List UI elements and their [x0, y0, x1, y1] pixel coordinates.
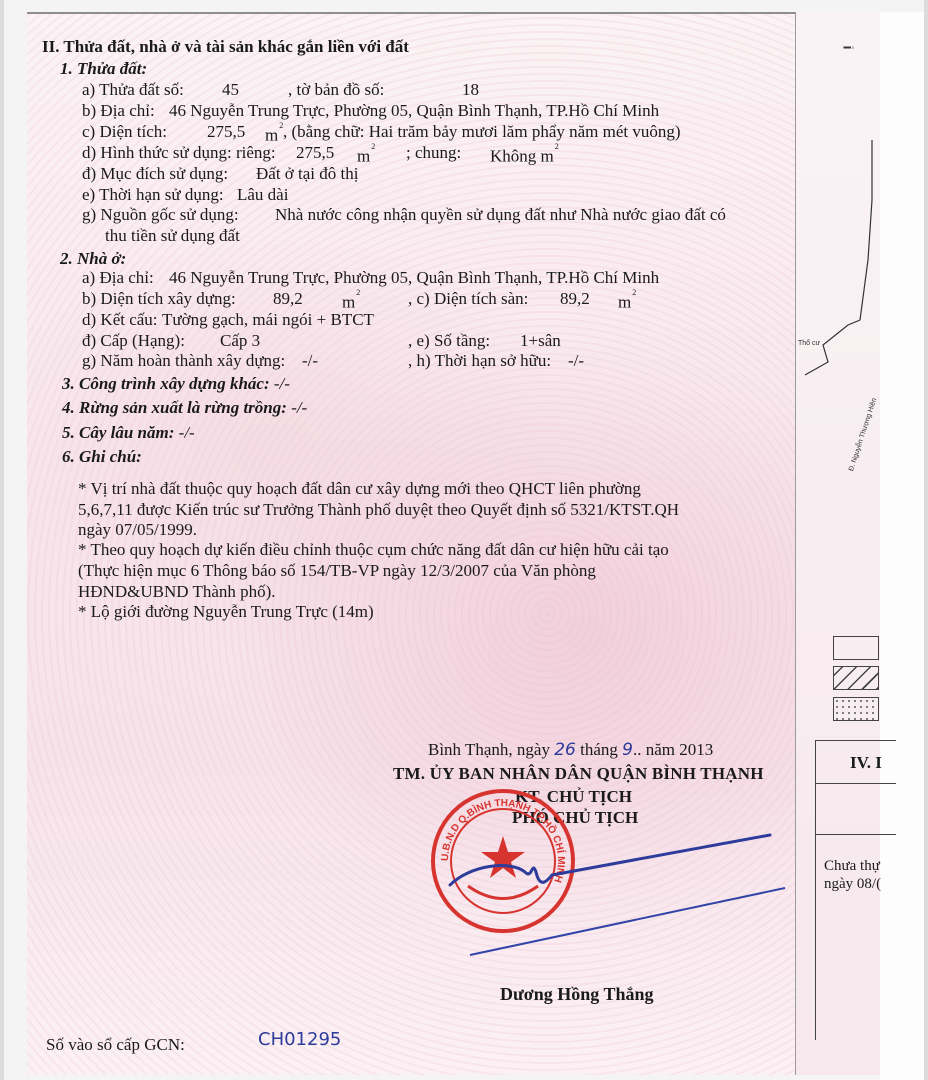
- notes-heading: 6. Ghi chú:: [62, 447, 142, 467]
- built-area-value: 89,2: [273, 289, 303, 309]
- grade-value: Cấp 3: [220, 331, 260, 351]
- purpose-label: đ) Mục đích sử dụng:: [82, 164, 228, 184]
- section-iv-text-2: ngày 08/(: [824, 876, 881, 893]
- legend-hatched-box: [833, 666, 879, 690]
- house-address-label: a) Địa chỉ:: [82, 268, 154, 288]
- floor-area-value: 89,2: [560, 289, 590, 309]
- month-handwritten: 9: [622, 740, 633, 760]
- section-iv-box: IV. I Chưa thự ngày 08/(: [815, 740, 896, 1040]
- grade-label: đ) Cấp (Hạng):: [82, 331, 185, 351]
- other-item-construction: 3. Công trình xây dựng khác: -/-: [62, 374, 290, 394]
- usage-private-value: 275,5: [296, 143, 334, 163]
- area-in-words: , (bằng chữ: Hai trăm bảy mươi lăm phẩy …: [283, 122, 681, 142]
- origin-label: g) Nguồn gốc sử dụng:: [82, 205, 239, 225]
- floors-label: , e) Số tầng:: [408, 331, 490, 351]
- note-line: ngày 07/05/1999.: [78, 520, 197, 540]
- note-line: * Lộ giới đường Nguyễn Trung Trực (14m): [78, 602, 374, 622]
- viewer-right-edge: [924, 0, 928, 1080]
- floors-value: 1+sân: [520, 331, 561, 351]
- land-address: 46 Nguyễn Trung Trực, Phường 05, Quận Bì…: [169, 101, 659, 121]
- signer-name: Dương Hồng Thắng: [500, 984, 654, 1004]
- built-area-label: b) Diện tích xây dựng:: [82, 289, 236, 309]
- neighbor-label: Thổ cư: [798, 340, 820, 347]
- legend-plain-box: [833, 636, 879, 660]
- note-line: * Theo quy hoạch dự kiến điều chỉnh thuộ…: [78, 540, 669, 560]
- area-label: c) Diện tích:: [82, 122, 167, 142]
- usage-form-label: d) Hình thức sử dụng: riêng:: [82, 143, 276, 163]
- ownership-term-value: -/-: [568, 351, 584, 371]
- place-date: Bình Thạnh, ngày 26 tháng 9.. năm 2013: [428, 740, 713, 760]
- house-address: 46 Nguyễn Trung Trực, Phường 05, Quận Bì…: [169, 268, 659, 288]
- section-title: II. Thửa đất, nhà ở và tài sản khác gắn …: [42, 37, 409, 57]
- term-label: e) Thời hạn sử dụng:: [82, 185, 224, 205]
- usage-private-unit: m2: [357, 143, 375, 167]
- corner-mark: ▪▪▪▪ ◦: [843, 43, 853, 52]
- structure-value: Tường gạch, mái ngói + BTCT: [162, 310, 374, 330]
- section-iv-text-1: Chưa thự: [824, 858, 880, 875]
- origin-value-line2: thu tiền sử dụng đất: [105, 226, 240, 246]
- viewer-left-edge: [0, 0, 4, 1080]
- structure-label: d) Kết cấu:: [82, 310, 158, 330]
- authority-title: TM. ỦY BAN NHÂN DÂN QUẬN BÌNH THẠNH: [393, 764, 764, 784]
- land-heading: 1. Thửa đất:: [60, 59, 147, 79]
- note-line: 5,6,7,11 được Kiến trúc sư Trưởng Thành …: [78, 500, 679, 520]
- registry-value: CH01295: [258, 1030, 341, 1050]
- section-iv-title: IV. I: [850, 753, 882, 773]
- floor-area-unit: m2: [618, 289, 636, 313]
- origin-value-line1: Nhà nước công nhận quyền sử dụng đất như…: [275, 205, 726, 225]
- land-address-label: b) Địa chỉ:: [82, 101, 155, 121]
- completion-year-label: g) Năm hoàn thành xây dựng:: [82, 351, 285, 371]
- other-item-forest: 4. Rừng sản xuất là rừng trồng: -/-: [62, 398, 307, 418]
- note-line: * Vị trí nhà đất thuộc quy hoạch đất dân…: [78, 479, 641, 499]
- ownership-term-label: , h) Thời hạn sở hữu:: [408, 351, 551, 371]
- area-value: 275,5: [207, 122, 245, 142]
- other-item-perennial-trees: 5. Cây lâu năm: -/-: [62, 423, 195, 443]
- registry-label: Số vào sổ cấp GCN:: [46, 1035, 185, 1055]
- house-heading: 2. Nhà ở:: [60, 249, 126, 269]
- signature-strokes: [440, 830, 790, 960]
- section-iv-header: IV. I: [816, 740, 896, 784]
- parcel-number: 45: [222, 80, 239, 100]
- section-iv-row: [816, 782, 896, 835]
- usage-common-value: Không m2: [490, 143, 559, 167]
- usage-common-label: ; chung:: [406, 143, 461, 163]
- parcel-label: a) Thửa đất số:: [82, 80, 184, 100]
- legend-dotted-box: [833, 697, 879, 721]
- day-handwritten: 26: [554, 740, 576, 760]
- note-line: HĐND&UBND Thành phố).: [78, 582, 276, 602]
- term-value: Lâu dài: [237, 185, 288, 205]
- purpose-value: Đất ở tại đô thị: [256, 164, 358, 184]
- map-sheet-number: 18: [462, 80, 479, 100]
- map-sheet-label: , tờ bản đồ số:: [288, 80, 384, 100]
- note-line: (Thực hiện mục 6 Thông báo số 154/TB-VP …: [78, 561, 596, 581]
- floor-area-label: , c) Diện tích sàn:: [408, 289, 528, 309]
- completion-year-value: -/-: [302, 351, 318, 371]
